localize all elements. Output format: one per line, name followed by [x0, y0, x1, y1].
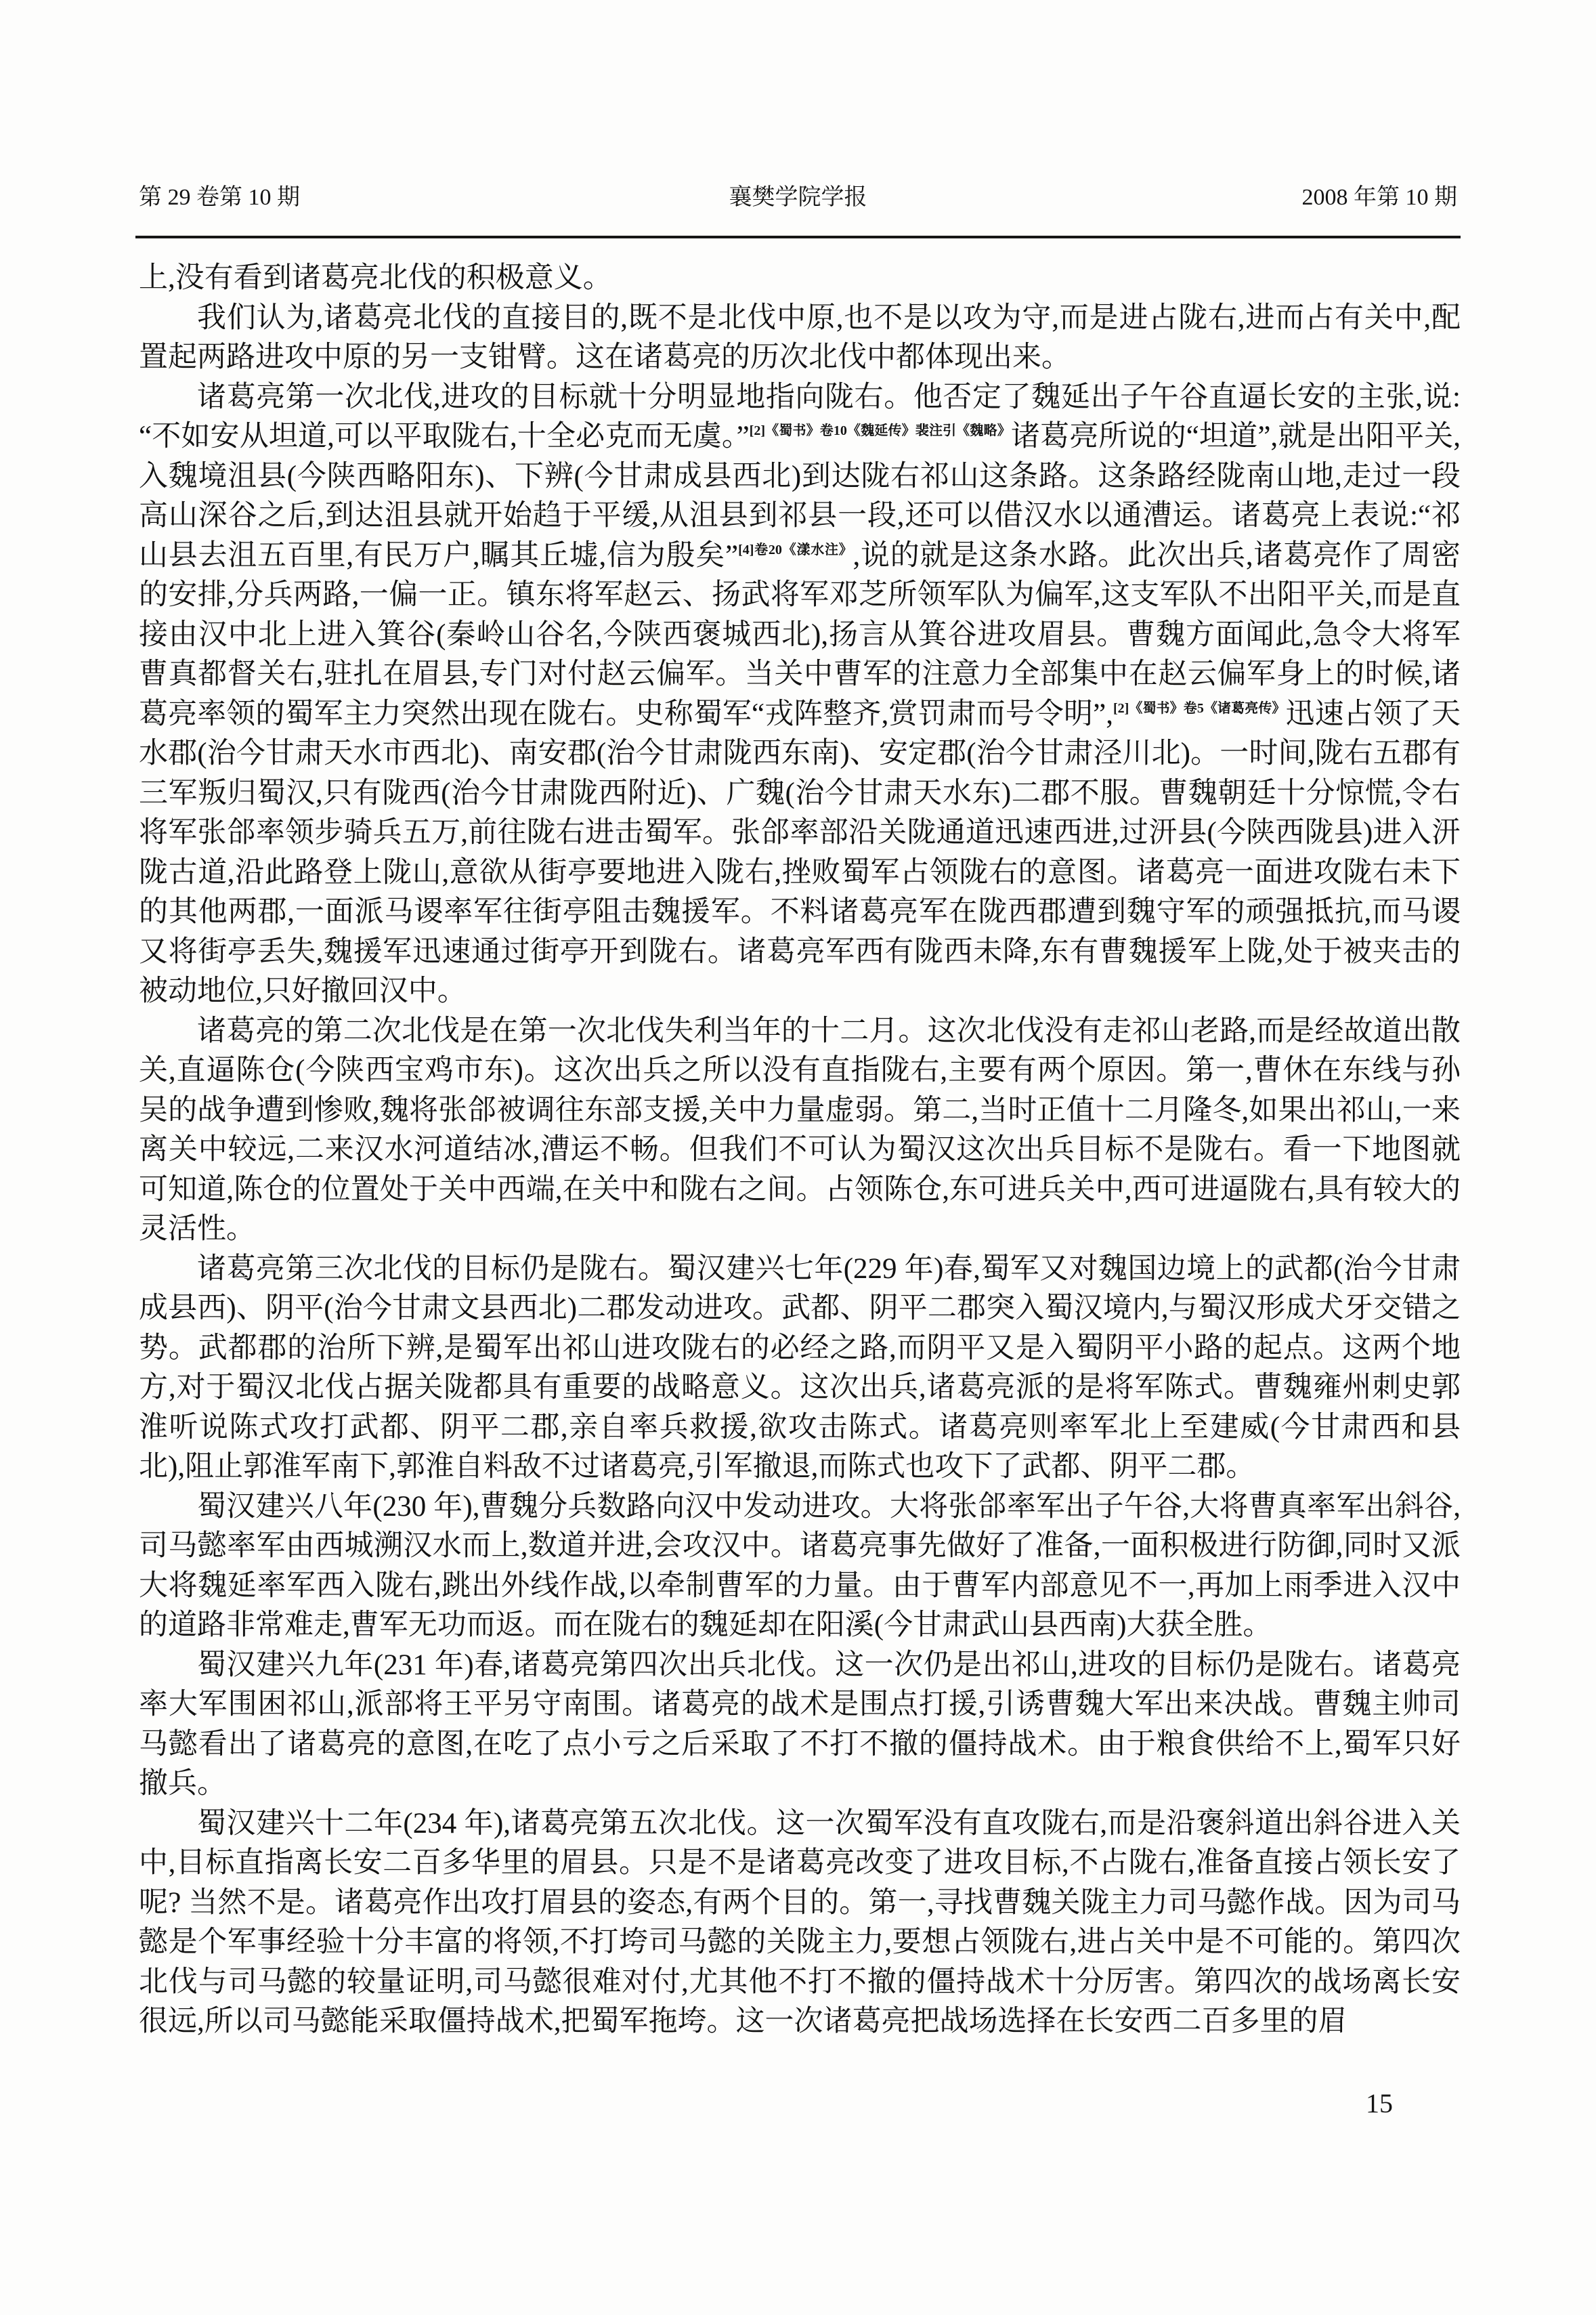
paragraph-text: 蜀汉建兴九年(231 年)春,诸葛亮第四次出兵北伐。这一次仍是出祁山,进攻的目标… [139, 1649, 1461, 1800]
volume-issue-label: 第 29 卷第 10 期 [139, 184, 300, 211]
article-body: 上,没有看到诸葛亮北伐的积极意义。 我们认为,诸葛亮北伐的直接目的,既不是北伐中… [139, 259, 1461, 2042]
running-head: 第 29 卷第 10 期 襄樊学院学报 2008 年第 10 期 [139, 184, 1457, 211]
citation-superscript: [4]卷20《漾水注》 [738, 543, 853, 557]
citation-superscript: [2]《蜀书》卷10《魏延传》裴注引《魏略》 [750, 423, 1011, 438]
paragraph-text: 迅速占领了天水郡(治今甘肃天水市西北)、南安郡(治今甘肃陇西东南)、安定郡(治今… [139, 698, 1461, 1008]
paragraph-text: 蜀汉建兴八年(230 年),曹魏分兵数路向汉中发动进攻。大将张郃率军出子午谷,大… [139, 1491, 1461, 1642]
body-paragraph: 诸葛亮第三次北伐的目标仍是陇右。蜀汉建兴七年(229 年)春,蜀军又对魏国边境上… [139, 1250, 1461, 1487]
body-paragraph: 上,没有看到诸葛亮北伐的积极意义。 [139, 259, 1461, 299]
paragraph-text: 上,没有看到诸葛亮北伐的积极意义。 [139, 262, 612, 294]
page-number: 15 [1366, 2087, 1393, 2119]
body-paragraph: 蜀汉建兴十二年(234 年),诸葛亮第五次北伐。这一次蜀军没有直攻陇右,而是沿褒… [139, 1804, 1461, 2042]
body-paragraph: 蜀汉建兴八年(230 年),曹魏分兵数路向汉中发动进攻。大将张郃率军出子午谷,大… [139, 1487, 1461, 1646]
body-paragraph: 我们认为,诸葛亮北伐的直接目的,既不是北伐中原,也不是以攻为守,而是进占陇右,进… [139, 299, 1461, 378]
header-rule [135, 236, 1461, 238]
paragraph-text: 我们认为,诸葛亮北伐的直接目的,既不是北伐中原,也不是以攻为守,而是进占陇右,进… [139, 302, 1461, 374]
paragraph-text: 诸葛亮第三次北伐的目标仍是陇右。蜀汉建兴七年(229 年)春,蜀军又对魏国边境上… [139, 1253, 1461, 1483]
body-paragraph: 诸葛亮的第二次北伐是在第一次北伐失利当年的十二月。这次北伐没有走祁山老路,而是经… [139, 1012, 1461, 1250]
journal-page: 第 29 卷第 10 期 襄樊学院学报 2008 年第 10 期 上,没有看到诸… [0, 0, 1596, 2315]
journal-title: 襄樊学院学报 [729, 184, 867, 211]
citation-superscript: [2]《蜀书》卷5《诸葛亮传》 [1113, 701, 1286, 716]
body-paragraph: 蜀汉建兴九年(231 年)春,诸葛亮第四次出兵北伐。这一次仍是出祁山,进攻的目标… [139, 1646, 1461, 1804]
paragraph-text: 诸葛亮的第二次北伐是在第一次北伐失利当年的十二月。这次北伐没有走祁山老路,而是经… [139, 1015, 1461, 1246]
paragraph-text: 蜀汉建兴十二年(234 年),诸葛亮第五次北伐。这一次蜀军没有直攻陇右,而是沿褒… [139, 1808, 1461, 2038]
body-paragraph: 诸葛亮第一次北伐,进攻的目标就十分明显地指向陇右。他否定了魏延出子午谷直逼长安的… [139, 378, 1461, 1012]
year-issue-label: 2008 年第 10 期 [1302, 184, 1458, 211]
